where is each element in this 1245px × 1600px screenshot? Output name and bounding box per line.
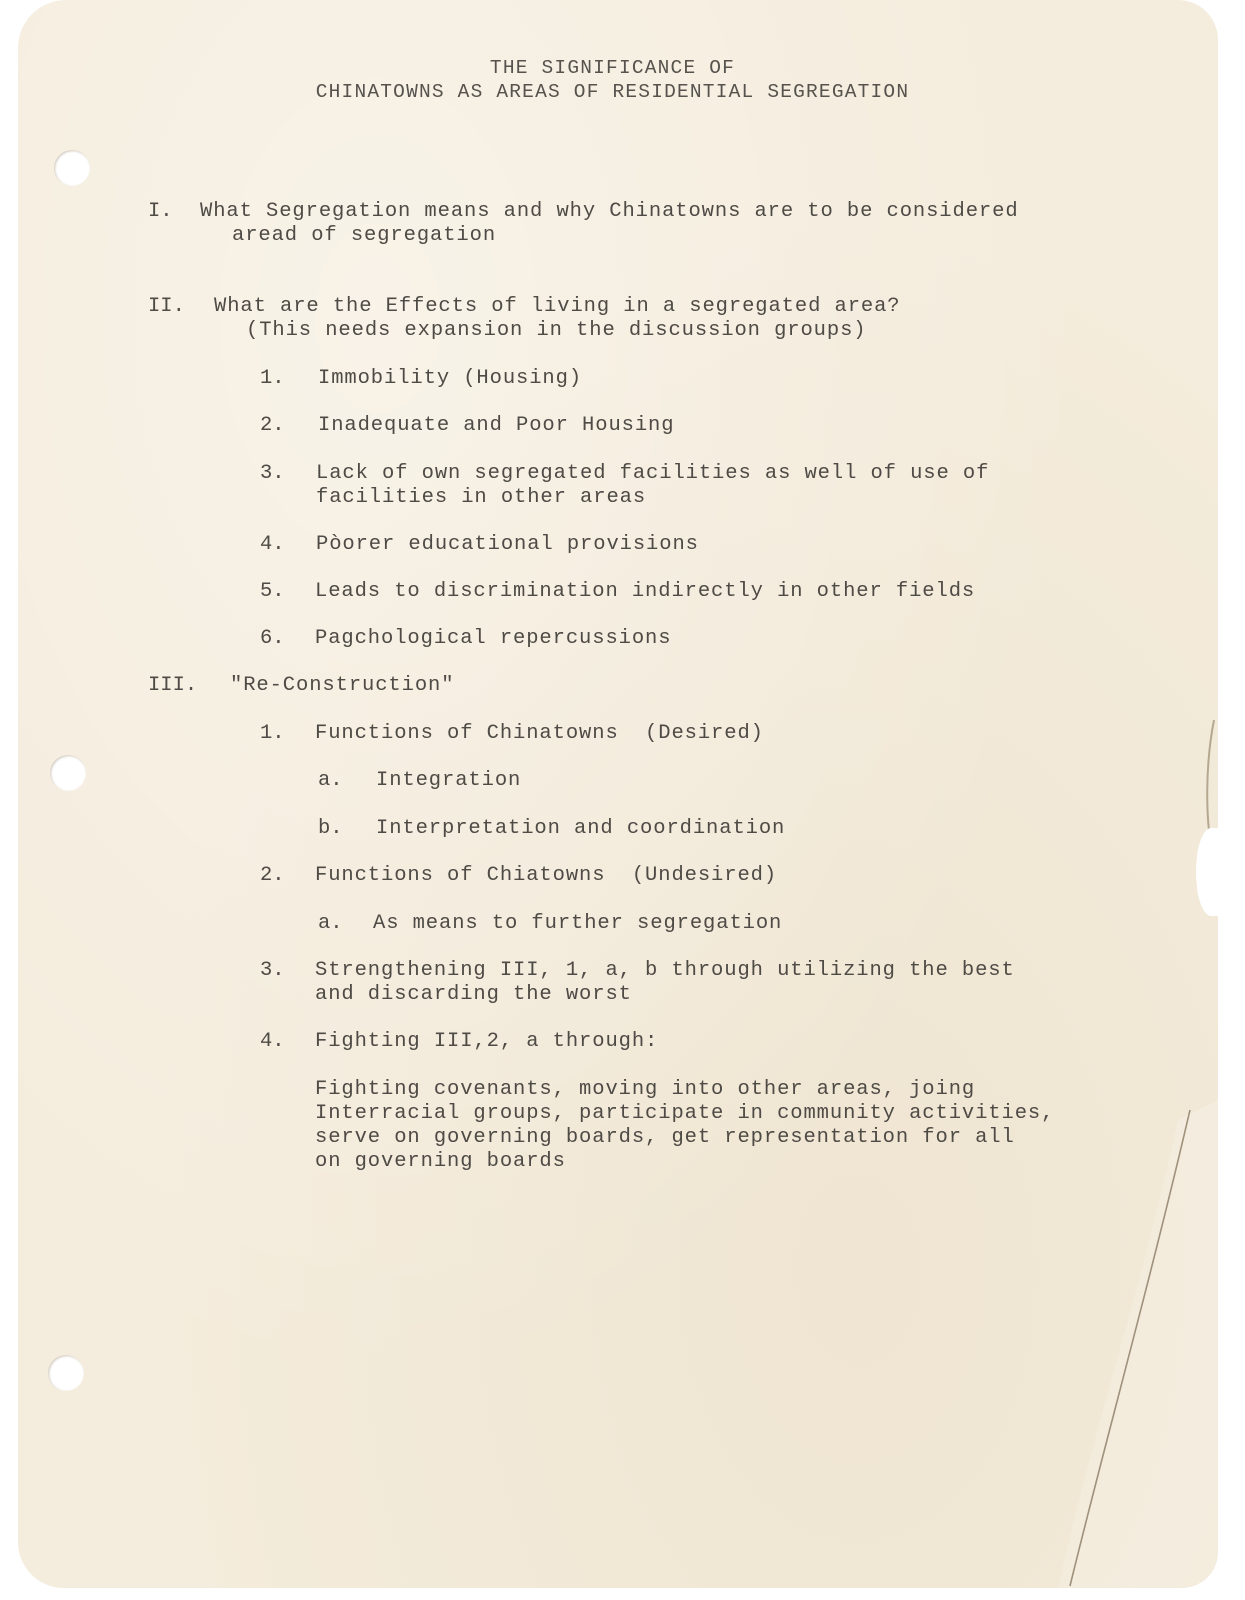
section-numeral-ii: II. <box>148 295 185 319</box>
closing-paragraph-line: serve on governing boards, get represent… <box>315 1126 1015 1150</box>
list-item-text: Functions of Chinatowns (Desired) <box>315 722 764 746</box>
closing-paragraph-line: Fighting covenants, moving into other ar… <box>315 1078 975 1102</box>
list-item-text: Lack of own segregated facilities as wel… <box>316 462 989 486</box>
paper-tear <box>1196 828 1226 916</box>
item-number: 4. <box>260 1030 285 1054</box>
section-ii-heading-line-1: What are the Effects of living in a segr… <box>214 295 901 319</box>
closing-paragraph-line: Interracial groups, participate in commu… <box>315 1102 1054 1126</box>
list-item-text: Strengthening III, 1, a, b through utili… <box>315 959 1015 983</box>
section-numeral-iii: III. <box>148 674 197 698</box>
item-number: 1. <box>260 722 285 746</box>
closing-paragraph-line: on governing boards <box>315 1150 566 1174</box>
section-i-heading-line-2: aread of segregation <box>232 224 496 248</box>
sub-item-letter: a. <box>318 769 343 793</box>
sub-item-letter: a. <box>318 912 343 936</box>
list-item-text: Immobility (Housing) <box>318 367 582 391</box>
section-i-heading-line-1: What Segregation means and why Chinatown… <box>200 200 1019 224</box>
sub-item-text: As means to further segregation <box>373 912 782 936</box>
section-ii-heading-line-2: (This needs expansion in the discussion … <box>246 319 867 343</box>
paper-fold-crease <box>18 0 1218 1588</box>
punch-hole-bottom <box>48 1355 84 1391</box>
list-item-text: Fighting III,2, a through: <box>315 1030 658 1054</box>
item-number: 5. <box>260 580 285 604</box>
list-item-text: Functions of Chiatowns (Undesired) <box>315 864 777 888</box>
list-item-text-continued: and discarding the worst <box>315 983 632 1007</box>
item-number: 2. <box>260 864 285 888</box>
list-item-text-continued: facilities in other areas <box>316 486 646 510</box>
sub-item-letter: b. <box>318 817 343 841</box>
section-numeral-i: I. <box>148 200 173 224</box>
sub-item-text: Integration <box>376 769 521 793</box>
document-title-line-2: CHINATOWNS AS AREAS OF RESIDENTIAL SEGRE… <box>0 80 1225 104</box>
item-number: 3. <box>260 959 285 983</box>
paper-sheet <box>18 0 1218 1588</box>
punch-hole-top <box>54 150 90 186</box>
list-item-text: Pòorer educational provisions <box>316 533 699 557</box>
item-number: 2. <box>260 414 285 438</box>
section-iii-heading: "Re-Construction" <box>230 674 454 698</box>
document-title-line-1: THE SIGNIFICANCE OF <box>0 56 1225 80</box>
list-item-text: Leads to discrimination indirectly in ot… <box>315 580 975 604</box>
list-item-text: Inadequate and Poor Housing <box>318 414 674 438</box>
item-number: 6. <box>260 627 285 651</box>
sub-item-text: Interpretation and coordination <box>376 817 785 841</box>
item-number: 4. <box>260 533 285 557</box>
punch-hole-middle <box>50 755 86 791</box>
item-number: 1. <box>260 367 285 391</box>
list-item-text: Pagchological repercussions <box>315 627 671 651</box>
item-number: 3. <box>260 462 285 486</box>
